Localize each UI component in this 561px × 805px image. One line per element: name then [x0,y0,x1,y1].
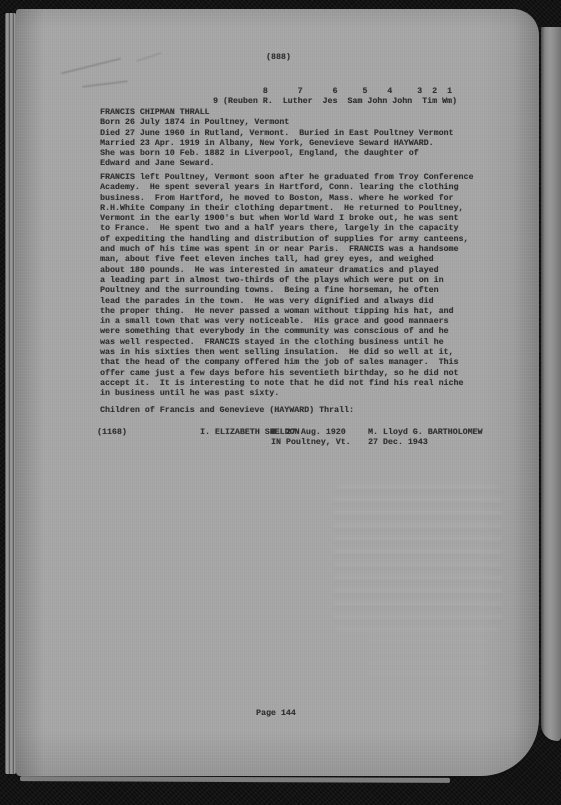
child-birth-block: B. 27 Aug. 1920 IN Poultney, Vt. [271,428,351,449]
bottom-page-edges [20,776,450,783]
scan-artifact [136,52,161,62]
scan-artifact [334,485,502,631]
child-ref-number: (1168) [97,428,127,438]
generation-line: 9 (Reuben R. Luther Jes Sam John John Ti… [213,97,457,107]
generation-superscripts: 8 7 6 5 4 3 2 1 [213,87,452,97]
biography-block: FRANCIS left Poultney, Vermont soon afte… [100,173,473,400]
child-marriage-block: M. Lloyd G. BARTHOLOMEW 27 Dec. 1943 [368,428,483,449]
children-heading: Children of Francis and Genevieve (HAYWA… [100,406,354,416]
scan-artifact [82,80,128,88]
scanned-book-photo: (888) 8 7 6 5 4 3 2 1 9 (Reuben R. Luthe… [0,0,561,805]
book-page: (888) 8 7 6 5 4 3 2 1 9 (Reuben R. Luthe… [16,9,539,776]
scan-artifact [61,58,122,75]
adjacent-page-edge [541,27,561,741]
left-page-edges [5,13,16,774]
page-number: Page 144 [256,709,296,719]
scan-artifact [368,639,488,679]
vitals-block: FRANCIS CHIPMAN THRALL Born 26 July 1874… [100,108,454,170]
folio-number: (888) [266,53,291,63]
